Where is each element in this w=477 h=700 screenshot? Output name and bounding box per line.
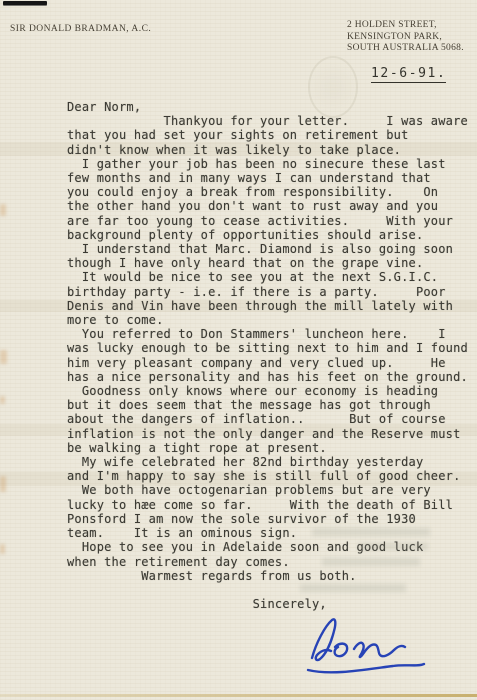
address-line: SOUTH AUSTRALIA 5068. (347, 43, 464, 55)
paper-smudge (0, 204, 6, 216)
paper-smudge (0, 350, 7, 364)
ink-bleed-through (322, 558, 420, 566)
letterhead-address: 2 HOLDEN STREET, KENSINGTON PARK, SOUTH … (347, 20, 464, 55)
address-line: 2 HOLDEN STREET, (347, 20, 464, 32)
paper-smudge (0, 476, 6, 492)
ink-bleed-through (312, 528, 430, 536)
signature-letter-d (312, 619, 335, 660)
signature-letter-o (335, 644, 348, 657)
paper-smudge (0, 396, 5, 404)
address-line: KENSINGTON PARK, (347, 32, 464, 44)
ink-bleed-through (358, 543, 428, 550)
letterhead-sender-name: SIR DONALD BRADMAN, A.C. (10, 24, 151, 34)
scan-edge-strip (0, 694, 477, 697)
scan-artifact-mark (3, 1, 47, 5)
signature-don (298, 612, 438, 680)
paper-smudge (0, 544, 5, 554)
signature-flourish (308, 664, 424, 672)
letter-date: 12-6-91. (371, 66, 446, 83)
ink-bleed-through (300, 584, 406, 592)
signature-letter-n (354, 643, 405, 657)
scanned-letter-page: SIR DONALD BRADMAN, A.C. 2 HOLDEN STREET… (0, 0, 477, 700)
